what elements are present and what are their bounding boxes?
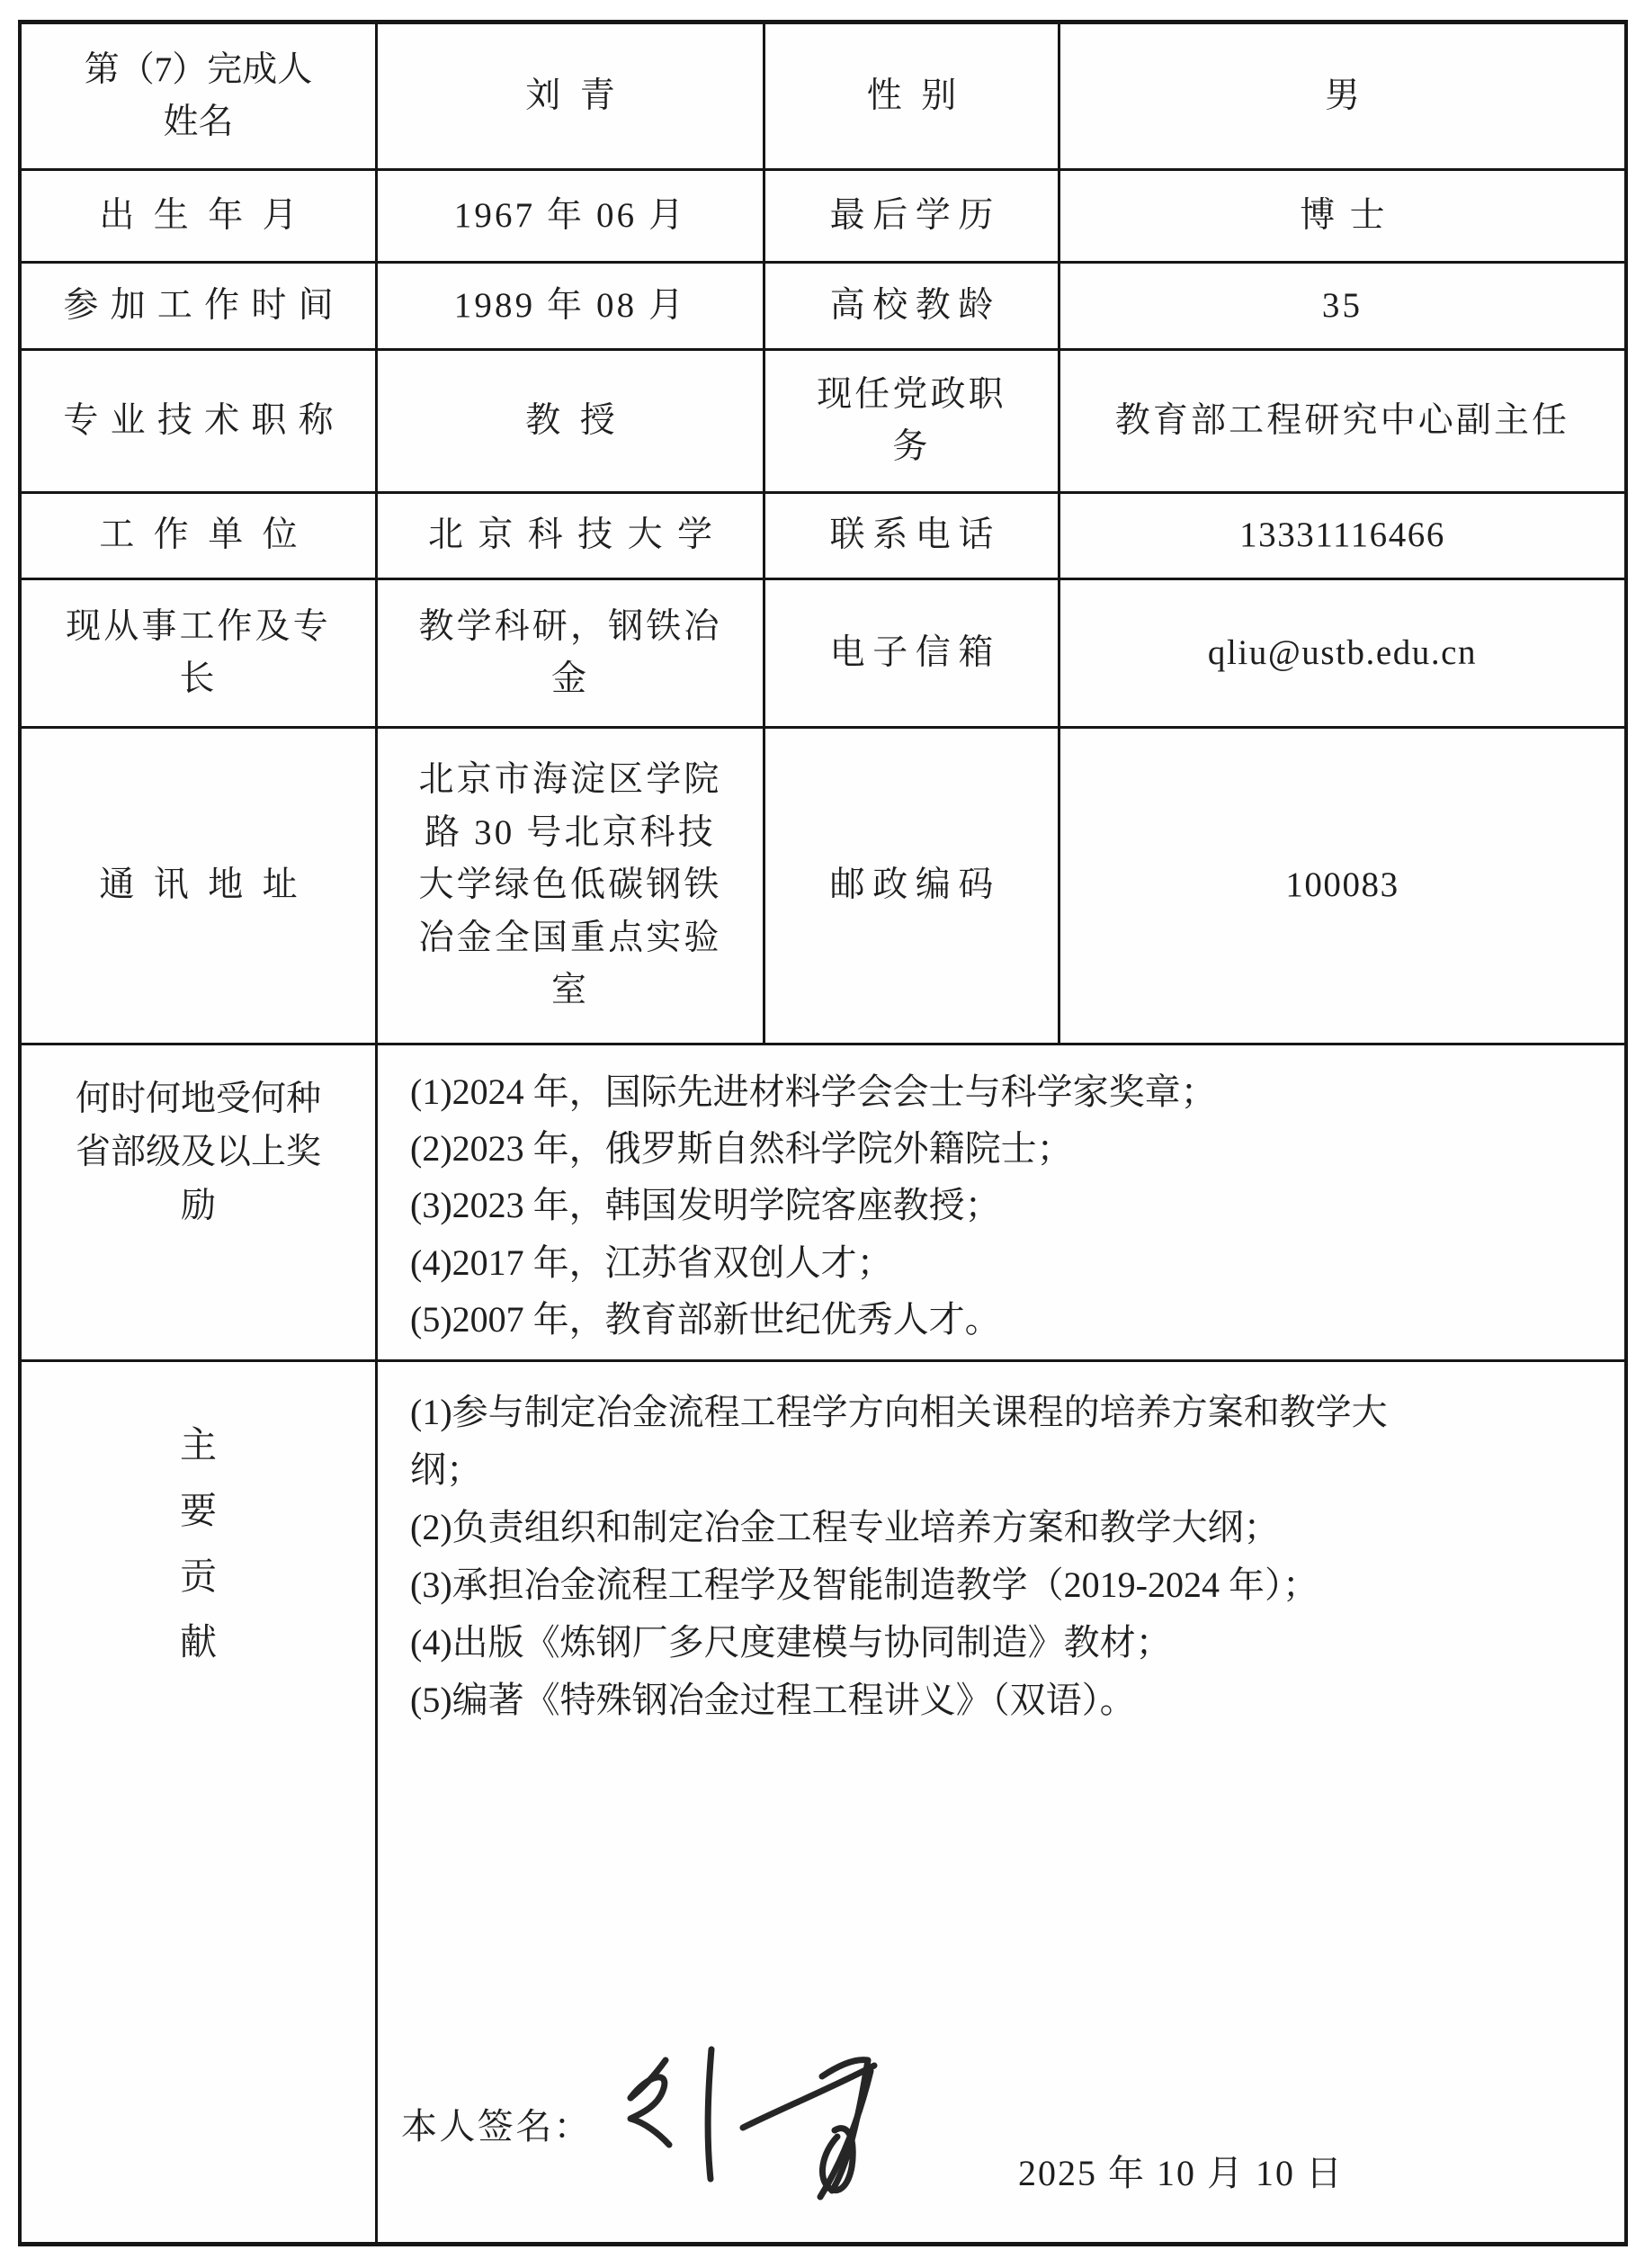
label-completer-name: 第（7）完成人 姓名 <box>22 24 375 168</box>
value-main-contributions: (1)参与制定冶金流程工程学方向相关课程的培养方案和教学大 纲； (2)负责组织… <box>378 1362 1624 2242</box>
value-professional-title: 教授 <box>378 351 763 491</box>
label-work-unit: 工作单位 <box>22 494 375 578</box>
value-gender: 男 <box>1060 24 1624 168</box>
label-phone: 联系电话 <box>765 494 1058 578</box>
value-work-start-date: 1989 年 08 月 <box>378 264 763 348</box>
label-current-party-post: 现任党政职 务 <box>765 351 1058 491</box>
label-provincial-awards: 何时何地受何种 省部级及以上奖 励 <box>22 1045 375 1359</box>
signature-area: 本人签名： 2025 年 10 月 10 日 <box>378 2017 1624 2242</box>
scanned-form-page: 第（7）完成人 姓名 刘青 性别 男 出生年月 1967 年 06 月 最后学历… <box>0 0 1645 2268</box>
value-work-unit: 北京科技大学 <box>378 494 763 578</box>
main-contributions-text: (1)参与制定冶金流程工程学方向相关课程的培养方案和教学大 纲； (2)负责组织… <box>410 1384 1388 1729</box>
label-gender: 性别 <box>765 24 1058 168</box>
value-birth-date: 1967 年 06 月 <box>378 171 763 261</box>
label-current-work-specialty: 现从事工作及专 长 <box>22 580 375 726</box>
value-provincial-awards: (1)2024 年，国际先进材料学会会士与科学家奖章； (2)2023 年，俄罗… <box>378 1045 1624 1359</box>
label-final-degree: 最后学历 <box>765 171 1058 261</box>
value-current-party-post: 教育部工程研究中心副主任 <box>1060 351 1624 491</box>
label-professional-title: 专业技术职称 <box>22 351 375 491</box>
value-phone: 13331116466 <box>1060 494 1624 578</box>
value-teaching-years: 35 <box>1060 264 1624 348</box>
signature-label: 本人签名： <box>401 2098 592 2156</box>
value-postal-code: 100083 <box>1060 729 1624 1043</box>
label-email: 电子信箱 <box>765 580 1058 726</box>
value-final-degree: 博士 <box>1060 171 1624 261</box>
label-work-start-date: 参加工作时间 <box>22 264 375 348</box>
value-mailing-address: 北京市海淀区学院 路 30 号北京科技 大学绿色低碳钢铁 冶金全国重点实验 室 <box>378 729 763 1043</box>
label-postal-code: 邮政编码 <box>765 729 1058 1043</box>
value-email: qliu@ustb.edu.cn <box>1060 580 1624 726</box>
completer-info-table: 第（7）完成人 姓名 刘青 性别 男 出生年月 1967 年 06 月 最后学历… <box>18 20 1628 2246</box>
label-mailing-address: 通讯地址 <box>22 729 375 1043</box>
label-birth-date: 出生年月 <box>22 171 375 261</box>
label-teaching-years: 高校教龄 <box>765 264 1058 348</box>
handwritten-signature <box>610 2006 979 2231</box>
value-completer-name: 刘青 <box>378 24 763 168</box>
signature-date: 2025 年 10 月 10 日 <box>1018 2145 1344 2202</box>
label-main-contributions: 主 要 贡 献 <box>22 1362 375 2242</box>
value-current-work-specialty: 教学科研，钢铁冶 金 <box>378 580 763 726</box>
